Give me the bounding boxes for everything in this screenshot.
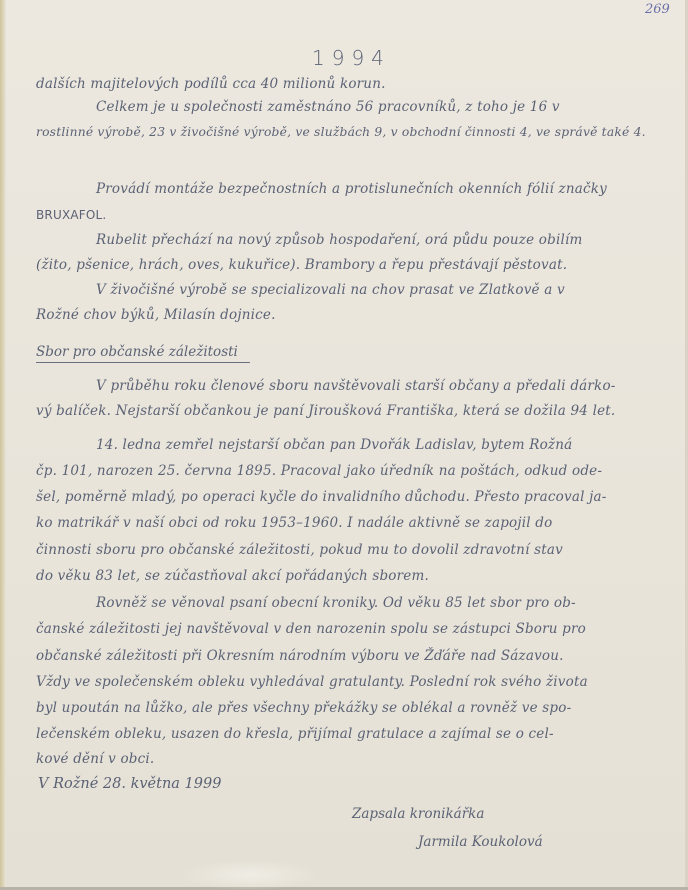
text-line: rostlinné výrobě, 23 v živočišné výrobě,… (36, 126, 646, 138)
section-text-line: šel, poměrně mladý, po operaci kyčle do … (36, 491, 607, 505)
section-heading: Sbor pro občanské záležitosti (36, 344, 250, 363)
text-line: (žito, pšenice, hrách, oves, kukuřice). … (36, 259, 567, 273)
chronicle-page: 269 1994 dalších majitelových podílů cca… (0, 0, 688, 890)
section-text-line: lečenském obleku, usazen do křesla, přij… (36, 728, 554, 742)
brand-name-line: BRUXAFOL. (36, 209, 106, 221)
section-text-line: vý balíček. Nejstarší občankou je paní J… (36, 405, 615, 419)
year-heading: 1994 (312, 46, 391, 70)
section-text-line: čp. 101, narozen 25. června 1895. Pracov… (36, 465, 602, 479)
section-text-line: byl upoután na lůžko, ale přes všechny p… (36, 702, 571, 716)
section-text-line: 14. ledna zemřel nejstarší občan pan Dvo… (96, 439, 572, 453)
text-line: dalších majitelových podílů cca 40 milio… (36, 78, 386, 92)
text-line: V živočišné výrobě se specializovali na … (96, 284, 565, 298)
section-text-line: ko matrikář v naší obci od roku 1953–196… (36, 517, 552, 531)
paper-stain (180, 860, 320, 890)
text-line: Celkem je u společnosti zaměstnáno 56 pr… (96, 101, 560, 115)
page-number: 269 (645, 2, 670, 17)
text-line: Rubelit přechází na nový způsob hospodař… (96, 234, 583, 248)
section-text-line: činnosti sboru pro občanské záležitosti,… (36, 544, 563, 558)
signature-name: Jarmila Koukolová (418, 834, 543, 850)
book-spine-edge (0, 0, 6, 890)
section-text-line: Rovněž se věnoval psaní obecní kroniky. … (96, 597, 576, 611)
text-line: Provádí montáže bezpečnostních a protisl… (96, 183, 607, 197)
section-text-line: občanské záležitosti při Okresním národn… (36, 650, 564, 664)
signature-title: Zapsala kronikářka (352, 806, 484, 822)
section-text-line: Vždy ve společenském obleku vyhledával g… (36, 676, 588, 690)
place-and-date: V Rožné 28. května 1999 (38, 776, 221, 792)
section-text-line: V průběhu roku členové sboru navštěvoval… (96, 380, 616, 394)
section-text-line: kové dění v obci. (36, 753, 154, 767)
section-text-line: do věku 83 let, se zúčastňoval akcí pořá… (36, 570, 429, 584)
text-line: Rožné chov býků, Milasín dojnice. (36, 309, 276, 323)
section-text-line: čanské záležitosti jej navštěvoval v den… (36, 623, 586, 637)
